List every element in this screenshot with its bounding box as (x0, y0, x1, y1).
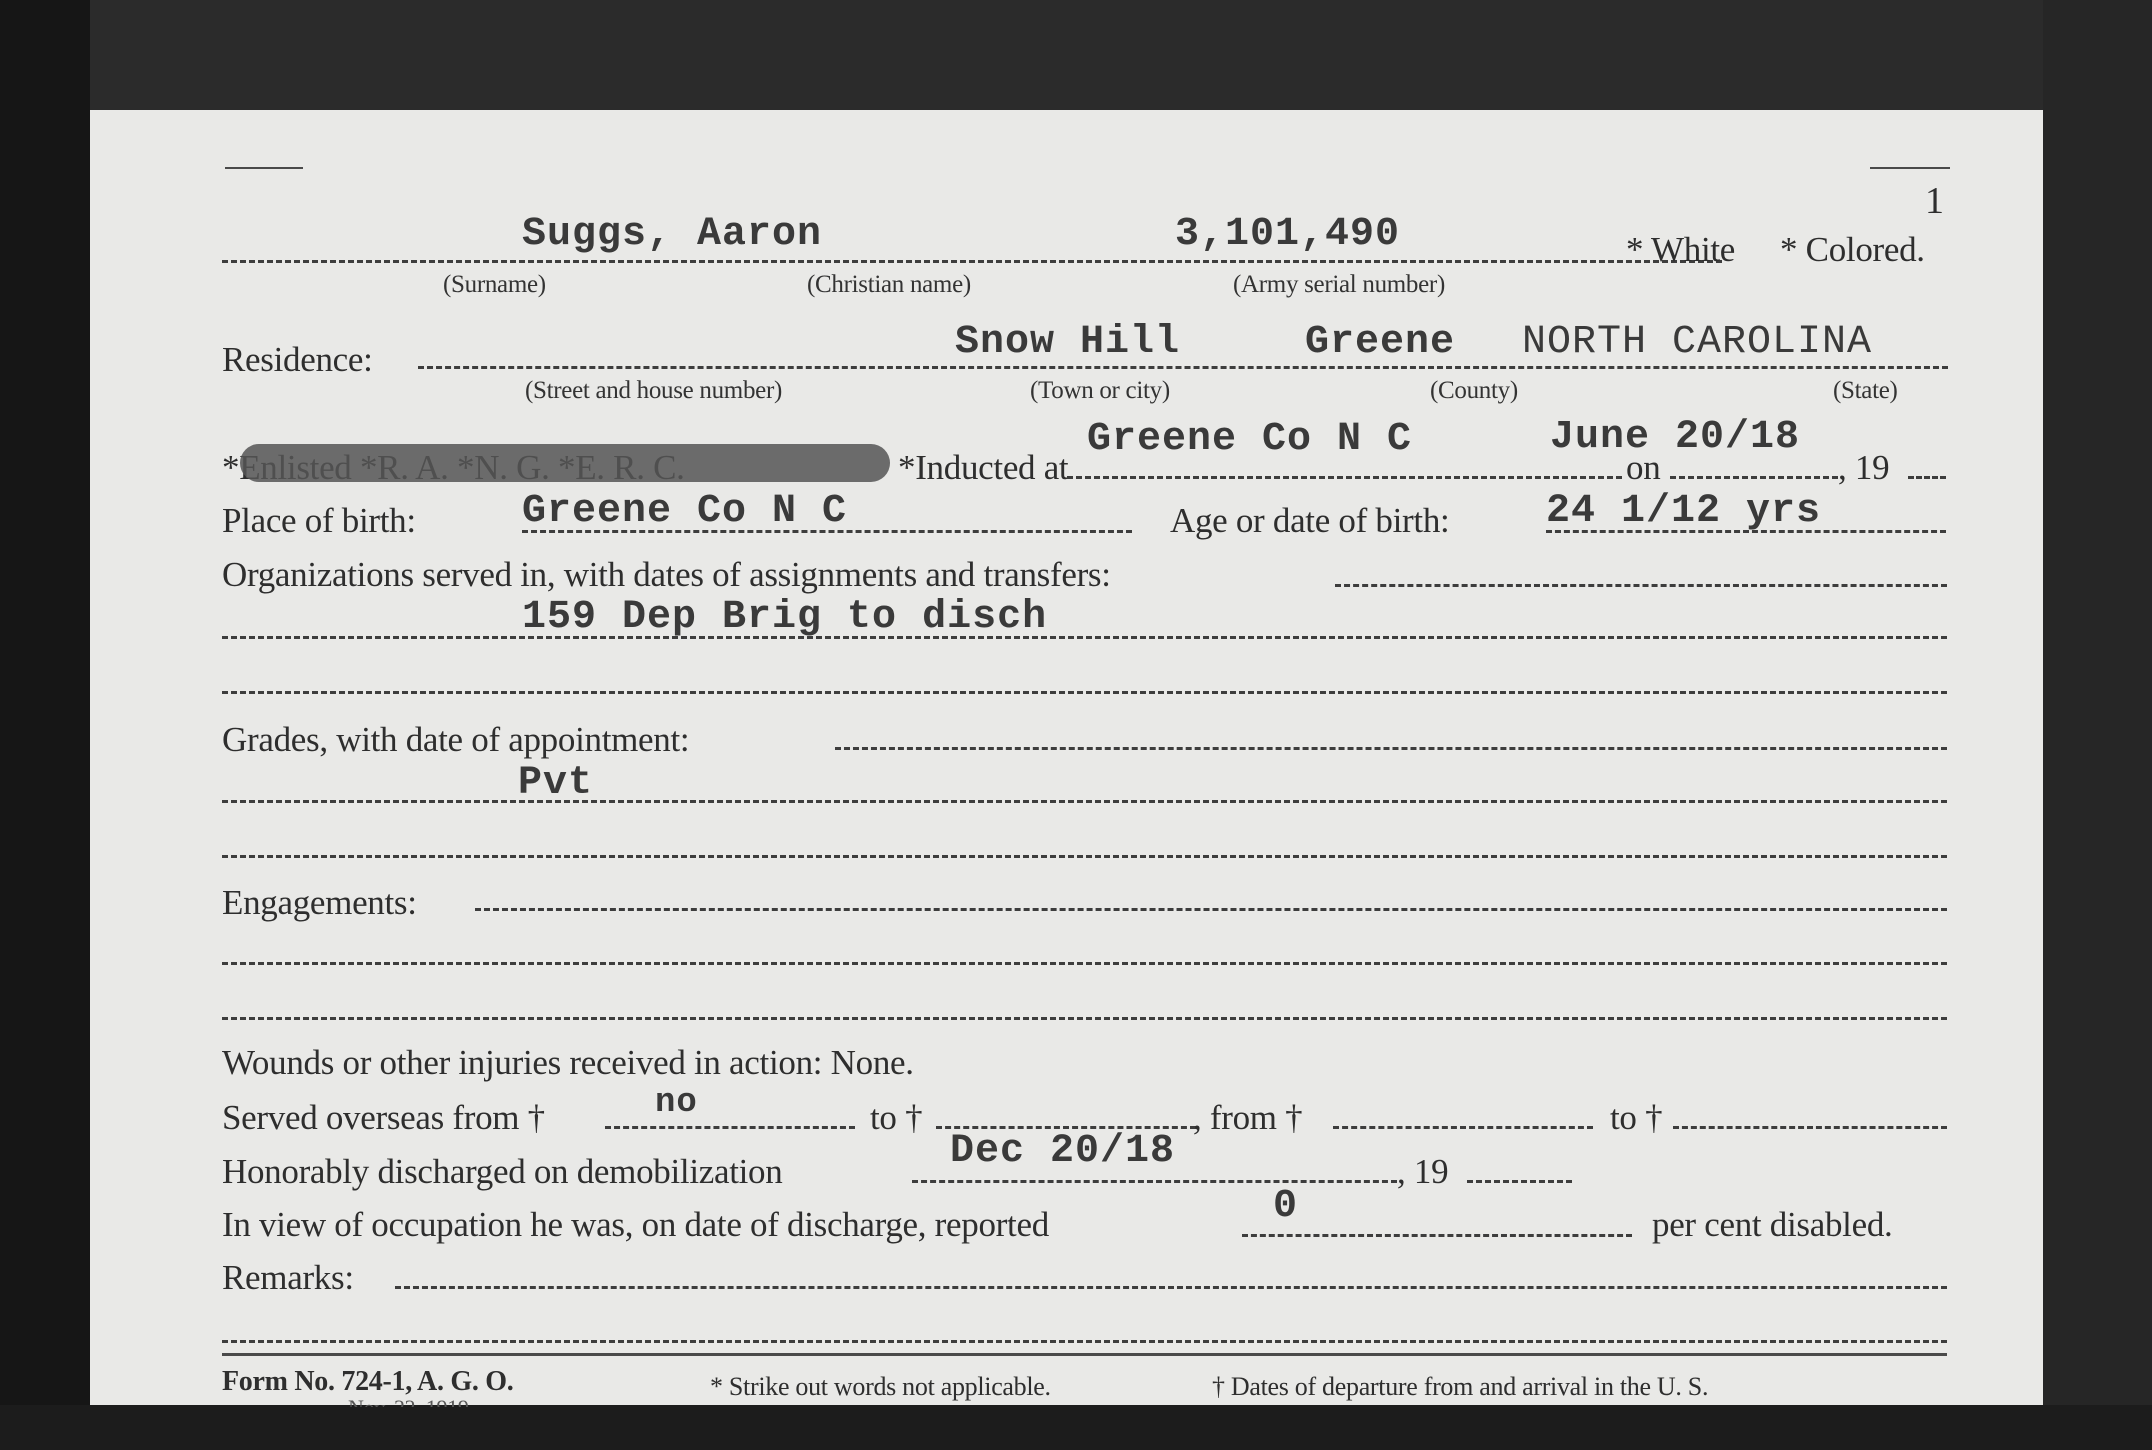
inducted-label: *Inducted at (898, 450, 1068, 485)
disability-line (1242, 1234, 1632, 1237)
discharge-year-label: , 19 (1397, 1154, 1448, 1189)
dates-note: † Dates of departure from and arrival in… (1212, 1374, 1708, 1400)
card-number: 1 (1925, 182, 1944, 220)
disability-value: 0 (1273, 1187, 1298, 1227)
grades-line-3 (222, 855, 1947, 858)
disability-suffix: per cent disabled. (1652, 1207, 1892, 1242)
discharge-date: Dec 20/18 (950, 1132, 1175, 1172)
strike-note: * Strike out words not applicable. (710, 1374, 1051, 1400)
organizations-label: Organizations served in, with dates of a… (222, 557, 1111, 592)
form-date: Nov. 22, 1919. (348, 1397, 474, 1407)
remarks-label: Remarks: (222, 1260, 354, 1295)
overseas-from2-line (1333, 1126, 1593, 1129)
serial-number-label: (Army serial number) (1233, 272, 1445, 297)
background-bottom (0, 1405, 2152, 1450)
grades-line-1 (835, 747, 1947, 750)
service-record-card: 1 Suggs, Aaron 3,101,490 * White * Color… (90, 110, 2043, 1405)
christian-name-label: (Christian name) (807, 272, 971, 297)
grades-label: Grades, with date of appointment: (222, 722, 689, 757)
race-colored-option: * Colored. (1780, 232, 1925, 267)
strike-out-mark (240, 444, 890, 482)
overseas-to2-line (1673, 1126, 1947, 1129)
top-right-rule (1870, 167, 1950, 169)
place-of-birth-line (522, 530, 1132, 533)
serial-number-value: 3,101,490 (1175, 215, 1400, 255)
race-white-option: * White (1626, 232, 1735, 267)
overseas-from-label: Served overseas from † (222, 1100, 545, 1135)
overseas-from-line (605, 1126, 855, 1129)
age-value: 24 1/12 yrs (1546, 492, 1821, 532)
age-line (1546, 530, 1946, 533)
discharge-date-line (912, 1180, 1397, 1183)
name-value: Suggs, Aaron (522, 215, 822, 255)
surname-label: (Surname) (443, 272, 546, 297)
overseas-to2-label: to † (1610, 1100, 1662, 1135)
name-line (222, 260, 1722, 263)
inducted-date: June 20/18 (1550, 418, 1800, 458)
organizations-line-3 (222, 691, 1947, 694)
inducted-place-line (1067, 476, 1622, 479)
grades-line-2 (222, 800, 1947, 803)
footer-rule (222, 1353, 1947, 1356)
background-right (2043, 0, 2152, 1450)
engagements-line-2 (222, 962, 1947, 965)
top-left-rule (225, 167, 303, 169)
engagements-line-1 (475, 908, 1947, 911)
residence-state: NORTH CAROLINA (1522, 323, 1872, 363)
organizations-value: 159 Dep Brig to disch (522, 598, 1047, 638)
disability-label: In view of occupation he was, on date of… (222, 1207, 1049, 1242)
organizations-line-1 (1335, 584, 1947, 587)
place-of-birth-value: Greene Co N C (522, 492, 847, 532)
inducted-year-label: , 19 (1838, 450, 1889, 485)
age-label: Age or date of birth: (1170, 503, 1449, 538)
residence-label: Residence: (222, 342, 373, 377)
remarks-line-1 (395, 1286, 1947, 1289)
grades-value: Pvt (518, 764, 593, 804)
overseas-to-label: to † (870, 1100, 922, 1135)
discharge-year-line (1467, 1180, 1572, 1183)
discharge-label: Honorably discharged on demobilization (222, 1154, 782, 1189)
remarks-line-2 (222, 1340, 1947, 1343)
form-number: Form No. 724-1, A. G. O. (222, 1368, 513, 1396)
organizations-line-2 (222, 636, 1947, 639)
residence-county: Greene (1305, 323, 1455, 363)
overseas-from2-label: , from † (1193, 1100, 1302, 1135)
overseas-value: no (655, 1086, 698, 1120)
town-label: (Town or city) (1030, 378, 1170, 403)
street-label: (Street and house number) (525, 378, 782, 403)
on-label: on (1626, 450, 1660, 485)
inducted-year-line (1908, 476, 1946, 479)
inducted-date-line (1670, 476, 1838, 479)
wounds-label: Wounds or other injuries received in act… (222, 1045, 914, 1080)
residence-town: Snow Hill (955, 323, 1180, 363)
inducted-place: Greene Co N C (1087, 420, 1412, 460)
county-label: (County) (1430, 378, 1518, 403)
engagements-label: Engagements: (222, 885, 417, 920)
state-label: (State) (1833, 378, 1898, 403)
engagements-line-3 (222, 1017, 1947, 1020)
background-left (0, 0, 90, 1450)
residence-line (418, 366, 1948, 369)
place-of-birth-label: Place of birth: (222, 503, 416, 538)
